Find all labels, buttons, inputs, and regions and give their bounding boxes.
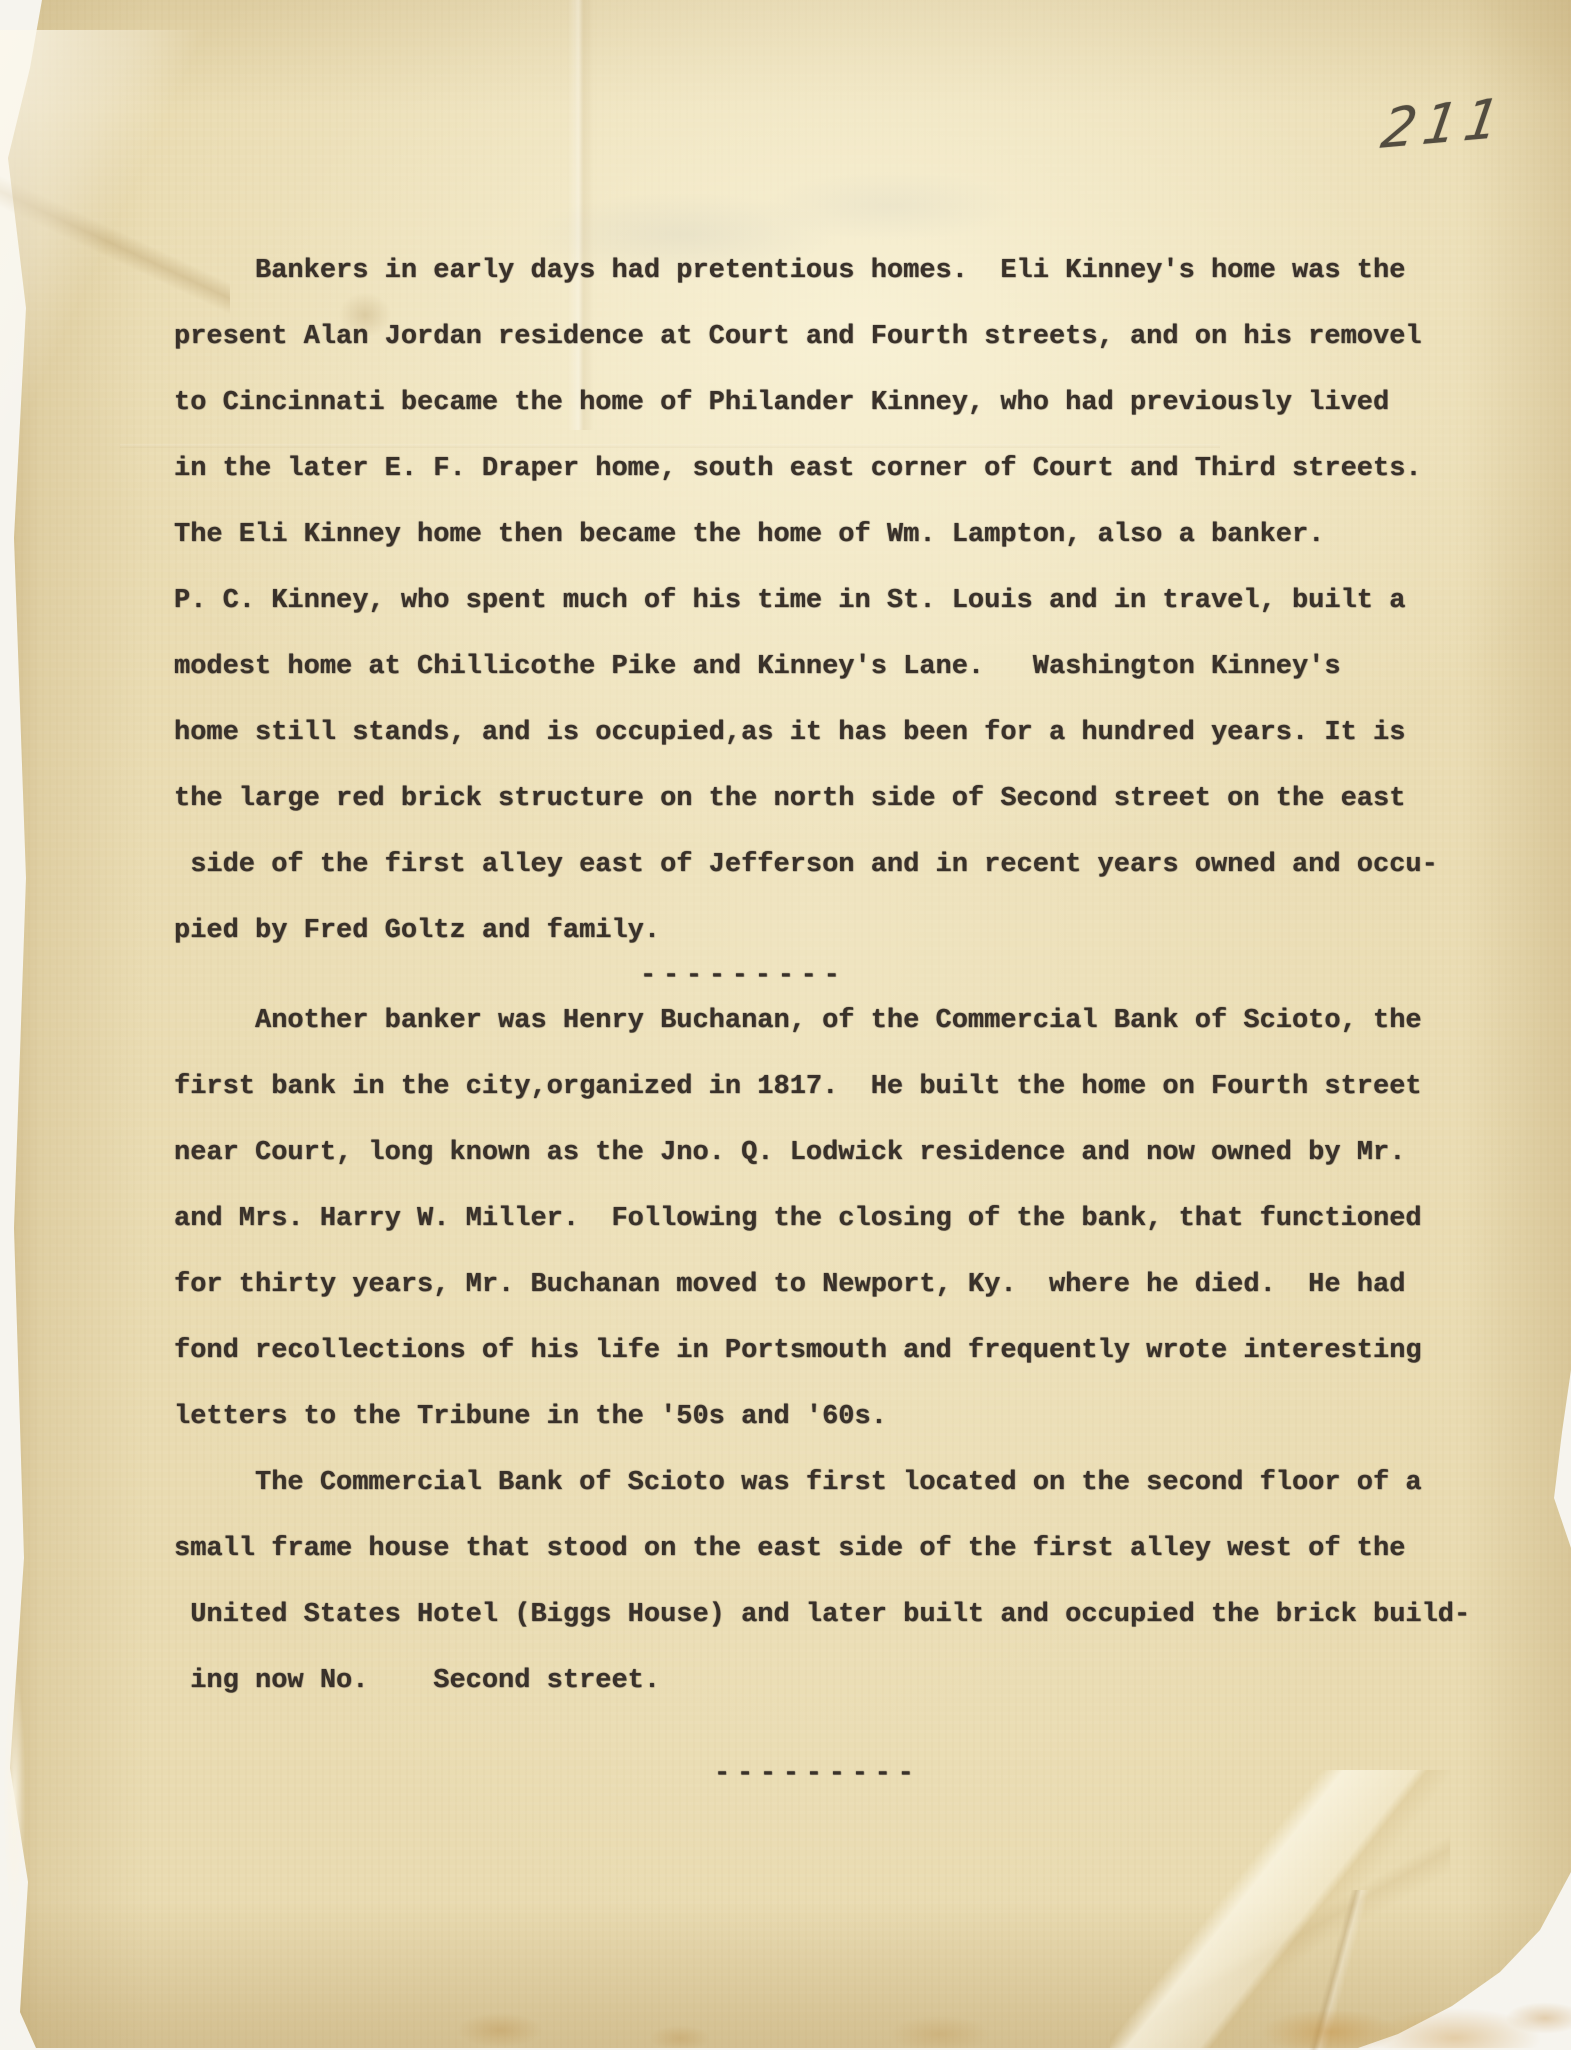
text-line: near Court, long known as the Jno. Q. Lo… [174, 1120, 1504, 1186]
text-line: present Alan Jordan residence at Court a… [174, 304, 1504, 370]
text-line: modest home at Chillicothe Pike and Kinn… [174, 634, 1504, 700]
separator-dashes: --------- [174, 1744, 1504, 1804]
text-line: first bank in the city,organized in 1817… [174, 1054, 1504, 1120]
text-line: The Commercial Bank of Scioto was first … [174, 1450, 1504, 1516]
text-line: Bankers in early days had pretentious ho… [174, 238, 1504, 304]
separator-dashes: --------- [174, 964, 1504, 988]
text-line: small frame house that stood on the east… [174, 1516, 1504, 1582]
text-line: pied by Fred Goltz and family. [174, 898, 1504, 964]
text-line: P. C. Kinney, who spent much of his time… [174, 568, 1504, 634]
page-number-handwritten: 211 [1377, 86, 1511, 161]
text-line: to Cincinnati became the home of Philand… [174, 370, 1504, 436]
text-line: letters to the Tribune in the '50s and '… [174, 1384, 1504, 1450]
text-line: fond recollections of his life in Portsm… [174, 1318, 1504, 1384]
text-line: the large red brick structure on the nor… [174, 766, 1504, 832]
text-line: and Mrs. Harry W. Miller. Following the … [174, 1186, 1504, 1252]
document-body: Bankers in early days had pretentious ho… [174, 238, 1504, 1804]
text-line: side of the first alley east of Jefferso… [174, 832, 1504, 898]
text-line: United States Hotel (Biggs House) and la… [174, 1582, 1504, 1648]
text-line: Another banker was Henry Buchanan, of th… [174, 988, 1504, 1054]
text-line: The Eli Kinney home then became the home… [174, 502, 1504, 568]
text-line: home still stands, and is occupied,as it… [174, 700, 1504, 766]
text-line: in the later E. F. Draper home, south ea… [174, 436, 1504, 502]
text-line: for thirty years, Mr. Buchanan moved to … [174, 1252, 1504, 1318]
text-line: ing now No. Second street. [174, 1648, 1504, 1714]
